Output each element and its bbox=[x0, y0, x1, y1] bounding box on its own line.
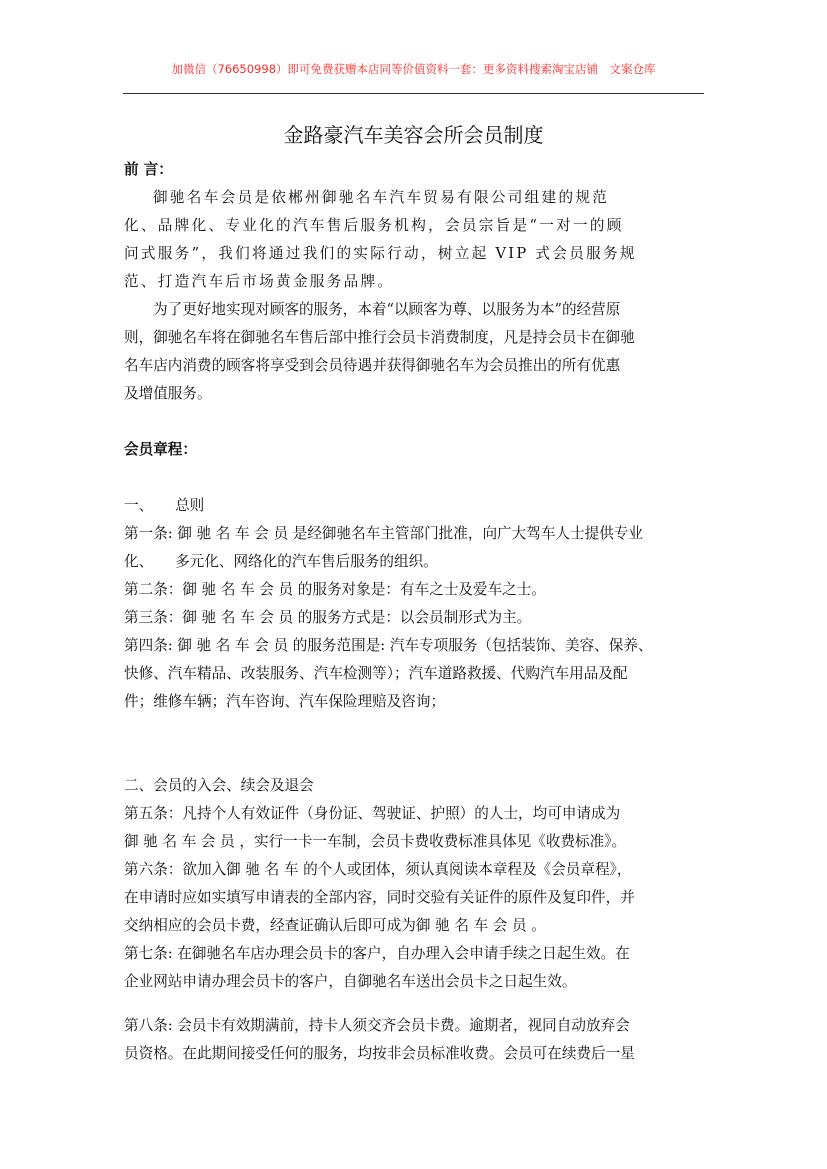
section1-heading: 一、 总则 bbox=[124, 492, 704, 520]
preface-p1-line: 御驰名车会员是依郴州御驰名车汽车贸易有限公司组建的规范 bbox=[124, 184, 704, 212]
article-line: 第四条: 御 驰 名 车 会 员 的服务范围是: 汽车专项服务（包括装饰、美容、… bbox=[124, 632, 704, 660]
article-line: 员资格。在此期间接受任何的服务，均按非会员标准收费。会员可在续费后一星 bbox=[124, 1040, 704, 1068]
article-line: 第五条：凡持个人有效证件（身份证、驾驶证、护照）的人士，均可申请成为 bbox=[124, 800, 704, 828]
article-line: 第三条：御 驰 名 车 会 员 的服务方式是：以会员制形式为主。 bbox=[124, 604, 704, 632]
preface-p1-line: 范、打造汽车后市场黄金服务品牌。 bbox=[124, 268, 704, 296]
article-line: 快修、汽车精品、改装服务、汽车检测等）；汽车道路救援、代购汽车用品及配 bbox=[124, 660, 704, 688]
preface-p2-line: 则，御驰名车将在御驰名车售后部中推行会员卡消费制度，凡是持会员卡在御驰 bbox=[124, 324, 704, 352]
article-line: 第二条：御 驰 名 车 会 员 的服务对象是：有车之士及爱车之士。 bbox=[124, 576, 704, 604]
charter-heading: 会员章程： bbox=[124, 436, 704, 464]
preface-p2-line: 及增值服务。 bbox=[124, 380, 704, 408]
article-line: 第一条: 御 驰 名 车 会 员 是经御驰名车主管部门批准，向广大驾车人士提供专… bbox=[124, 520, 704, 548]
header-divider bbox=[123, 93, 704, 94]
article-line: 第六条：欲加入御 驰 名 车 的个人或团体，须认真阅读本章程及《会员章程》， bbox=[124, 856, 704, 884]
article-line: 第八条: 会员卡有效期满前，持卡人须交齐会员卡费。逾期者，视同自动放弃会 bbox=[124, 1012, 704, 1040]
document-body: 前 言： 御驰名车会员是依郴州御驰名车汽车贸易有限公司组建的规范 化、品牌化、专… bbox=[124, 156, 704, 1068]
article-line: 御 驰 名 车 会 员 ，实行一卡一车制，会员卡费收费标准具体见《收费标准》。 bbox=[124, 828, 704, 856]
section2-heading: 二、会员的入会、续会及退会 bbox=[124, 772, 704, 800]
article-line: 化、 多元化、网络化的汽车售后服务的组织。 bbox=[124, 548, 704, 576]
article-line: 在申请时应如实填写申请表的全部内容，同时交验有关证件的原件及复印件，并 bbox=[124, 884, 704, 912]
preface-p1-line: 问式服务”，我们将通过我们的实际行动，树立起 VIP 式会员服务规 bbox=[124, 240, 704, 268]
preface-heading: 前 言： bbox=[124, 156, 704, 184]
article-line: 交纳相应的会员卡费，经查证确认后即可成为御 驰 名 车 会 员 。 bbox=[124, 912, 704, 940]
preface-p2-line: 名车店内消费的顾客将享受到会员待遇并获得御驰名车为会员推出的所有优惠 bbox=[124, 352, 704, 380]
document-title: 金路豪汽车美容会所会员制度 bbox=[0, 119, 827, 148]
article-line: 第七条: 在御驰名车店办理会员卡的客户，自办理入会申请手续之日起生效。在 bbox=[124, 940, 704, 968]
header-promo-note: 加微信（76650998）即可免费获赠本店同等价值资料一套：更多资料搜索淘宝店铺… bbox=[0, 61, 827, 77]
preface-p2-line: 为了更好地实现对顾客的服务，本着“以顾客为尊、以服务为本”的经营原 bbox=[124, 296, 704, 324]
article-line: 件；维修车辆；汽车咨询、汽车保险理赔及咨询； bbox=[124, 688, 704, 716]
preface-p1-line: 化、品牌化、专业化的汽车售后服务机构，会员宗旨是“一对一的顾 bbox=[124, 212, 704, 240]
article-line: 企业网站申请办理会员卡的客户，自御驰名车送出会员卡之日起生效。 bbox=[124, 968, 704, 996]
